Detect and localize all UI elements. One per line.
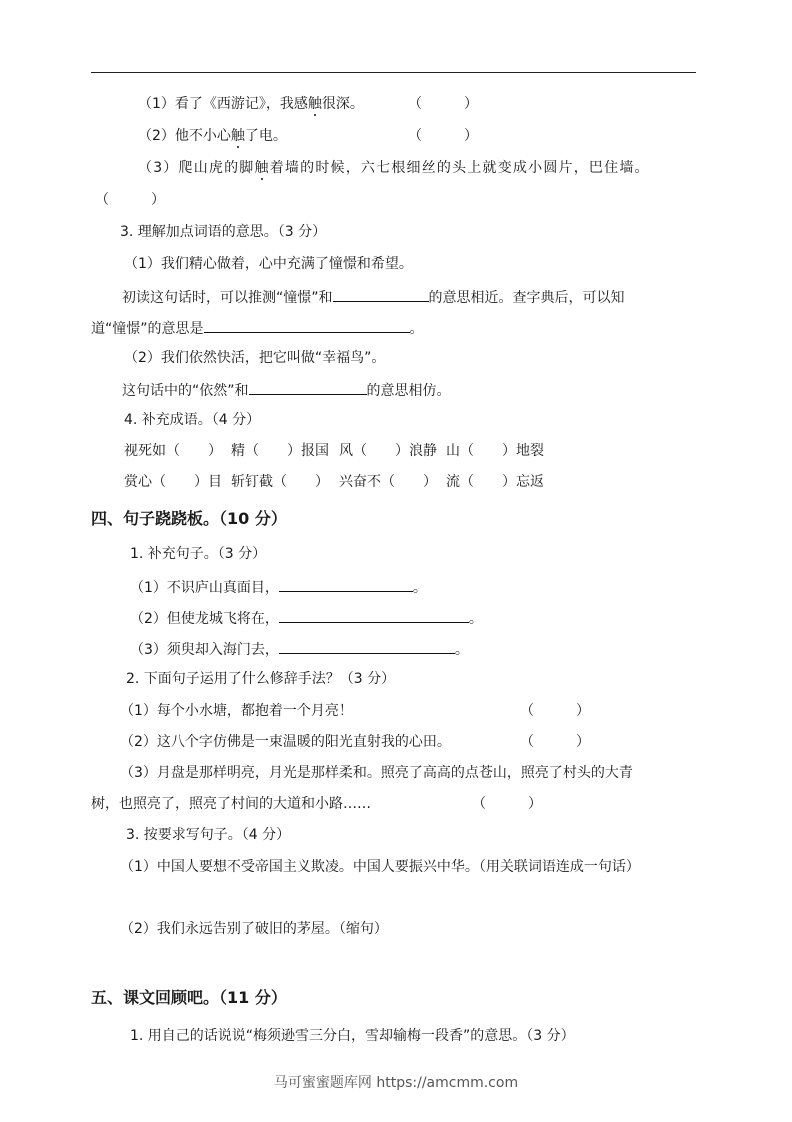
section-heading-4: 四、句子跷跷板。（10 分） — [91, 509, 287, 529]
text: 很深。 — [322, 96, 364, 112]
s4-q2-item-1: （1）每个小水塘，都抱着一个月亮！ — [120, 702, 353, 720]
dotted-char: 触 — [308, 96, 322, 112]
q3-title: 3. 理解加点词语的意思。（3 分） — [120, 223, 326, 241]
section-heading-5: 五、课文回顾吧。（11 分） — [91, 988, 287, 1008]
answer-blank[interactable] — [333, 287, 429, 302]
dotted-char: 触 — [231, 128, 245, 144]
text: （1）不识庐山真面目， — [130, 580, 279, 596]
answer-paren[interactable]: （ ） — [408, 127, 478, 145]
answer-paren[interactable]: （ ） — [472, 795, 542, 813]
answer-blank[interactable] — [249, 380, 367, 395]
s4-q3-title: 3. 按要求写句子。（4 分） — [126, 826, 290, 844]
s4-q1-item-3: （3）须臾却入海门去，。 — [130, 639, 469, 659]
header-rule — [91, 72, 696, 73]
text: 这句话中的“依然”和 — [122, 383, 249, 399]
s4-q3-item-1: （1）中国人要想不受帝国主义欺凌。中国人要振兴中华。（用关联词语连成一句话） — [120, 858, 640, 876]
s4-q2-item-3-cont: 树，也照亮了，照亮了村间的大道和小路…… — [91, 795, 371, 813]
text: 。 — [410, 321, 424, 337]
text: 初读这句话时，可以推测“憧憬”和 — [122, 290, 333, 306]
idiom[interactable]: 风（ ）浪静 — [339, 442, 437, 460]
idiom[interactable]: 斩钉截（ ） — [231, 473, 329, 491]
q4-title: 4. 补充成语。（4 分） — [124, 411, 260, 429]
s4-q2-title: 2. 下面句子运用了什么修辞手法？（3 分） — [126, 670, 395, 688]
answer-blank[interactable] — [279, 639, 455, 654]
text: 。 — [469, 611, 483, 627]
text: （3）爬山虎的脚 — [138, 160, 255, 176]
idiom[interactable]: 赏心（ ）目 — [124, 473, 222, 491]
q3-line-b: 道“憧憬”的意思是。 — [91, 318, 424, 338]
idiom[interactable]: 山（ ）地裂 — [446, 442, 544, 460]
answer-blank[interactable] — [279, 577, 413, 592]
s4-q1-item-1: （1）不识庐山真面目，。 — [130, 577, 427, 597]
answer-paren[interactable]: （ ） — [520, 702, 590, 720]
footer-watermark: 马可蜜蜜题库网 https://amcmm.com — [0, 1072, 792, 1092]
text: 的意思相仿。 — [367, 383, 451, 399]
text: （1）看了《西游记》，我感 — [138, 96, 308, 112]
q2-item-2: （2）他不小心触了电。 — [138, 127, 287, 145]
q3-line-a: 初读这句话时，可以推测“憧憬”和的意思相近。查字典后，可以知 — [122, 287, 625, 307]
idiom[interactable]: 视死如（ ） — [124, 442, 222, 460]
q2-item-3: （3）爬山虎的脚触着墙的时候，六七根细丝的头上就变成小圆片，巴住墙。 — [138, 159, 650, 177]
text: 。 — [413, 580, 427, 596]
q3-sentence-2: （2）我们依然快活，把它叫做“幸福鸟”。 — [124, 349, 385, 367]
answer-blank[interactable] — [204, 318, 410, 333]
text: 道“憧憬”的意思是 — [91, 321, 204, 337]
q2-item-1: （1）看了《西游记》，我感触很深。 — [138, 95, 364, 113]
idiom[interactable]: 流（ ）忘返 — [446, 473, 544, 491]
text: （2）他不小心 — [138, 128, 231, 144]
s4-q1-item-2: （2）但使龙城飞将在，。 — [130, 608, 483, 628]
text: 着墙的时候，六七根细丝的头上就变成小圆片，巴住墙。 — [270, 160, 650, 176]
q3-line-c: 这句话中的“依然”和的意思相仿。 — [122, 380, 451, 400]
q3-sentence-1: （1）我们精心做着，心中充满了憧憬和希望。 — [124, 255, 413, 273]
text: 。 — [455, 642, 469, 658]
answer-paren[interactable]: （ ） — [520, 733, 590, 751]
s4-q2-item-3: （3）月盘是那样明亮，月光是那样柔和。照亮了高高的点苍山，照亮了村头的大青 — [120, 764, 633, 782]
text: （2）但使龙城飞将在， — [130, 611, 279, 627]
s4-q3-item-2: （2）我们永远告别了破旧的茅屋。（缩句） — [120, 920, 388, 938]
s4-q2-item-2: （2）这八个字仿佛是一束温暖的阳光直射我的心田。 — [120, 733, 451, 751]
text: （3）须臾却入海门去， — [130, 642, 279, 658]
answer-paren[interactable]: （ ） — [408, 95, 478, 113]
s5-q1: 1. 用自己的话说说“梅须逊雪三分白，雪却输梅一段香”的意思。（3 分） — [130, 1027, 575, 1045]
s4-q1-title: 1. 补充句子。（3 分） — [130, 545, 266, 563]
text: 了电。 — [245, 128, 287, 144]
answer-paren[interactable]: （ ） — [95, 191, 165, 209]
idiom[interactable]: 兴奋不（ ） — [339, 473, 437, 491]
dotted-char: 触 — [255, 160, 270, 176]
idiom[interactable]: 精（ ）报国 — [231, 442, 329, 460]
answer-blank[interactable] — [279, 608, 469, 623]
text: 的意思相近。查字典后，可以知 — [429, 290, 625, 306]
